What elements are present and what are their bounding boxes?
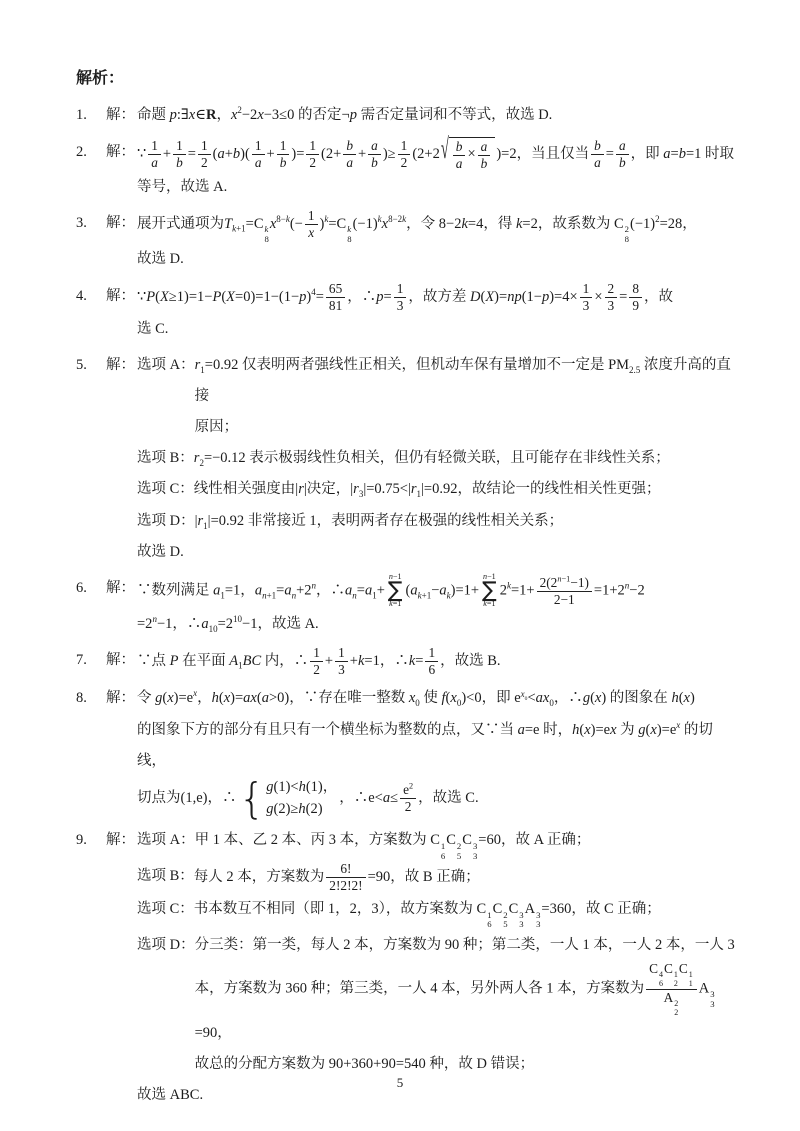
solution-text: ∵数列满足 a1=1，an+1=an+2n，∴an=a1+n−1∑k=1(ak+…	[137, 573, 740, 641]
solution-body: 命题 p:∃x∈R，x2−2x−3≤0 的否定¬p 需否定量词和不等式，故选 D…	[137, 100, 740, 131]
option-row: 选项 B：r2=−0.12 表示极弱线性负相关，但仍有轻微关联，且可能存在非线性…	[137, 443, 740, 474]
solution-item: 3.解：展开式通项为Tk+1=Ck8x8−k(−1x)k=Ck8(−1)kx8−…	[76, 208, 740, 276]
sub-sup-stack: 25	[457, 842, 461, 861]
summation: n−1∑k=1	[482, 573, 497, 609]
option-row: 选项 A：甲 1 本、乙 2 本、丙 3 本，方案数为 C16C25C33=60…	[137, 825, 740, 861]
summation: n−1∑k=1	[388, 573, 403, 609]
sub-sup-stack: 33	[519, 911, 523, 930]
solution-body: 令 g(x)=ex，h(x)=ax(a>0)，∵存在唯一整数 x0 使 f(x0…	[137, 683, 740, 820]
sub-sup-stack: 33	[710, 990, 714, 1009]
fraction: 16	[425, 645, 438, 678]
option-label: 选项 A：	[137, 825, 195, 861]
solution-item: 5.解：选项 A：r1=0.92 仅表明两者强线性正相关，但机动车保有量增加不一…	[76, 350, 740, 568]
item-label: 解：	[106, 100, 135, 131]
option-label: 选项 C：	[137, 474, 194, 505]
option-label: 选项 B：	[137, 443, 194, 474]
fraction: 1b	[277, 138, 290, 171]
sub-sup-stack: 33	[536, 911, 540, 930]
sub-sup-stack: 16	[487, 911, 491, 930]
sub-sup-stack: k8	[347, 225, 351, 244]
fraction: 1a	[252, 138, 265, 171]
option-text: 每人 2 本，方案数为6!2!2!2!=90，故 B 正确；	[194, 861, 740, 894]
item-label: 解：	[106, 683, 135, 820]
fraction: 6581	[326, 281, 345, 314]
sub-sup-stack: 16	[441, 842, 445, 861]
item-number: 5.	[76, 350, 106, 568]
solution-text: 命题 p:∃x∈R，x2−2x−3≤0 的否定¬p 需否定量词和不等式，故选 D…	[137, 100, 740, 131]
fraction: 13	[580, 281, 593, 314]
page-title: 解析：	[76, 62, 740, 96]
solution-body: ∵点 P 在平面 A1BC 内，∴12+13+k=1，∴k=16，故选 B.	[137, 645, 740, 678]
sigma-icon: ∑	[482, 582, 497, 600]
fraction: 12	[198, 138, 211, 171]
fraction: ab	[616, 138, 629, 171]
sub-sup-stack: k8	[265, 225, 269, 244]
solution-body: 展开式通项为Tk+1=Ck8x8−k(−1x)k=Ck8(−1)kx8−2k，令…	[137, 208, 740, 276]
solution-text: ∵点 P 在平面 A1BC 内，∴12+13+k=1，∴k=16，故选 B.	[137, 645, 740, 678]
item-number: 4.	[76, 281, 106, 345]
solution-text: ∵1a+1b=12(a+b)(1a+1b)=12(2+ba+ab)≥12(2+2…	[137, 137, 740, 203]
fraction: ab	[368, 138, 381, 171]
fraction: 89	[629, 281, 642, 314]
fraction: ab	[478, 139, 491, 172]
fraction: C46C12C11A22	[646, 961, 697, 1018]
option-row: 选项 D：分三类：第一类，每人 2 本，方案数为 90 种；第二类，一人 1 本…	[137, 930, 740, 1080]
item-number: 6.	[76, 573, 106, 641]
conclusion-text: 故选 D.	[137, 537, 740, 568]
option-row: 选项 C：线性相关强度由|r|决定，|r3|=0.75<|r1|=0.92，故结…	[137, 474, 740, 505]
option-row: 选项 B：每人 2 本，方案数为6!2!2!2!=90，故 B 正确；	[137, 861, 740, 894]
solution-item: 2.解：∵1a+1b=12(a+b)(1a+1b)=12(2+ba+ab)≥12…	[76, 137, 740, 203]
fraction: ba	[453, 139, 466, 172]
option-label: 选项 A：	[137, 350, 195, 444]
fraction: 1a	[148, 138, 161, 171]
fraction: ba	[591, 138, 604, 171]
option-text: 线性相关强度由|r|决定，|r3|=0.75<|r1|=0.92，故结论一的线性…	[194, 474, 740, 505]
option-text: 甲 1 本、乙 2 本、丙 3 本，方案数为 C16C25C33=60，故 A …	[195, 825, 740, 861]
option-row: 选项 C：书本数互不相同（即 1，2，3），故方案数为 C16C25C33A33…	[137, 894, 740, 930]
item-number: 1.	[76, 100, 106, 131]
solution-item: 8.解：令 g(x)=ex，h(x)=ax(a>0)，∵存在唯一整数 x0 使 …	[76, 683, 740, 820]
document-page: 解析： 1.解：命题 p:∃x∈R，x2−2x−3≤0 的否定¬p 需否定量词和…	[0, 0, 800, 1131]
option-row: 选项 A：r1=0.92 仅表明两者强线性正相关，但机动车保有量增加不一定是 P…	[137, 350, 740, 444]
solution-body: 选项 A：r1=0.92 仅表明两者强线性正相关，但机动车保有量增加不一定是 P…	[137, 350, 740, 568]
item-number: 2.	[76, 137, 106, 203]
solution-body: ∵1a+1b=12(a+b)(1a+1b)=12(2+ba+ab)≥12(2+2…	[137, 137, 740, 203]
option-label: 选项 B：	[137, 861, 194, 894]
option-text: r2=−0.12 表示极弱线性负相关，但仍有轻微关联，且可能存在非线性关系；	[194, 443, 740, 474]
fraction: 23	[605, 281, 618, 314]
radical-sign-icon: √	[441, 120, 449, 182]
fraction: 1x	[305, 208, 318, 241]
option-label: 选项 D：	[137, 930, 195, 1080]
solution-item: 7.解：∵点 P 在平面 A1BC 内，∴12+13+k=1，∴k=16，故选 …	[76, 645, 740, 678]
fraction: 13	[394, 281, 407, 314]
option-text: |r1|=0.92 非常接近 1，表明两者存在极强的线性相关关系；	[195, 506, 740, 537]
solution-item: 1.解：命题 p:∃x∈R，x2−2x−3≤0 的否定¬p 需否定量词和不等式，…	[76, 100, 740, 131]
option-row: 选项 D：|r1|=0.92 非常接近 1，表明两者存在极强的线性相关关系；	[137, 506, 740, 537]
option-label: 选项 D：	[137, 506, 195, 537]
fraction: 6!2!2!2!	[326, 861, 365, 894]
item-number: 3.	[76, 208, 106, 276]
option-label: 选项 C：	[137, 894, 194, 930]
option-text: 分三类：第一类，每人 2 本，方案数为 90 种；第二类，一人 1 本，一人 2…	[195, 930, 740, 1080]
fraction: e22	[400, 782, 416, 815]
item-number: 8.	[76, 683, 106, 820]
cases-system: {g(1)<h(1)，g(2)≥h(2)	[238, 777, 337, 821]
sub-sup-stack: 46	[659, 971, 663, 989]
option-text: 书本数互不相同（即 1，2，3），故方案数为 C16C25C33A33=360，…	[194, 894, 740, 930]
option-text: r1=0.92 仅表明两者强线性正相关，但机动车保有量增加不一定是 PM2.5 …	[195, 350, 740, 444]
solution-text: 令 g(x)=ex，h(x)=ax(a>0)，∵存在唯一整数 x0 使 f(x0…	[137, 683, 740, 820]
sub-sup-stack: 11	[689, 971, 693, 989]
fraction: 13	[335, 645, 348, 678]
sub-sup-stack: 33	[473, 842, 477, 861]
solution-text: 展开式通项为Tk+1=Ck8x8−k(−1x)k=Ck8(−1)kx8−2k，令…	[137, 208, 740, 276]
sigma-icon: ∑	[388, 582, 403, 600]
sub-sup-stack: 25	[503, 911, 507, 930]
item-number: 7.	[76, 645, 106, 678]
item-label: 解：	[106, 645, 135, 678]
solution-text: ∵P(X≥1)=1−P(X=0)=1−(1−p)4=6581，∴p=13，故方差…	[137, 281, 740, 345]
fraction: 12	[310, 645, 323, 678]
item-label: 解：	[106, 208, 135, 276]
solution-item: 4.解：∵P(X≥1)=1−P(X=0)=1−(1−p)4=6581，∴p=13…	[76, 281, 740, 345]
fraction: 2(2n−1−1)2−1	[537, 575, 592, 608]
fraction: ba	[343, 138, 356, 171]
left-brace-icon: {	[238, 781, 265, 817]
solution-item: 6.解：∵数列满足 a1=1，an+1=an+2n，∴an=a1+n−1∑k=1…	[76, 573, 740, 641]
radical: √ba×ab	[441, 137, 496, 172]
solution-body: ∵P(X≥1)=1−P(X=0)=1−(1−p)4=6581，∴p=13，故方差…	[137, 281, 740, 345]
page-number: 5	[0, 1069, 800, 1097]
fraction: 12	[398, 138, 411, 171]
solutions-list: 1.解：命题 p:∃x∈R，x2−2x−3≤0 的否定¬p 需否定量词和不等式，…	[76, 100, 740, 1111]
item-label: 解：	[106, 350, 135, 568]
item-label: 解：	[106, 281, 135, 345]
fraction: 12	[306, 138, 319, 171]
item-label: 解：	[106, 573, 135, 641]
item-label: 解：	[106, 137, 135, 203]
sub-sup-stack: 28	[625, 225, 629, 244]
sub-sup-stack: 12	[674, 971, 678, 989]
solution-body: ∵数列满足 a1=1，an+1=an+2n，∴an=a1+n−1∑k=1(ak+…	[137, 573, 740, 641]
sub-sup-stack: 22	[674, 1000, 678, 1018]
fraction: 1b	[173, 138, 186, 171]
